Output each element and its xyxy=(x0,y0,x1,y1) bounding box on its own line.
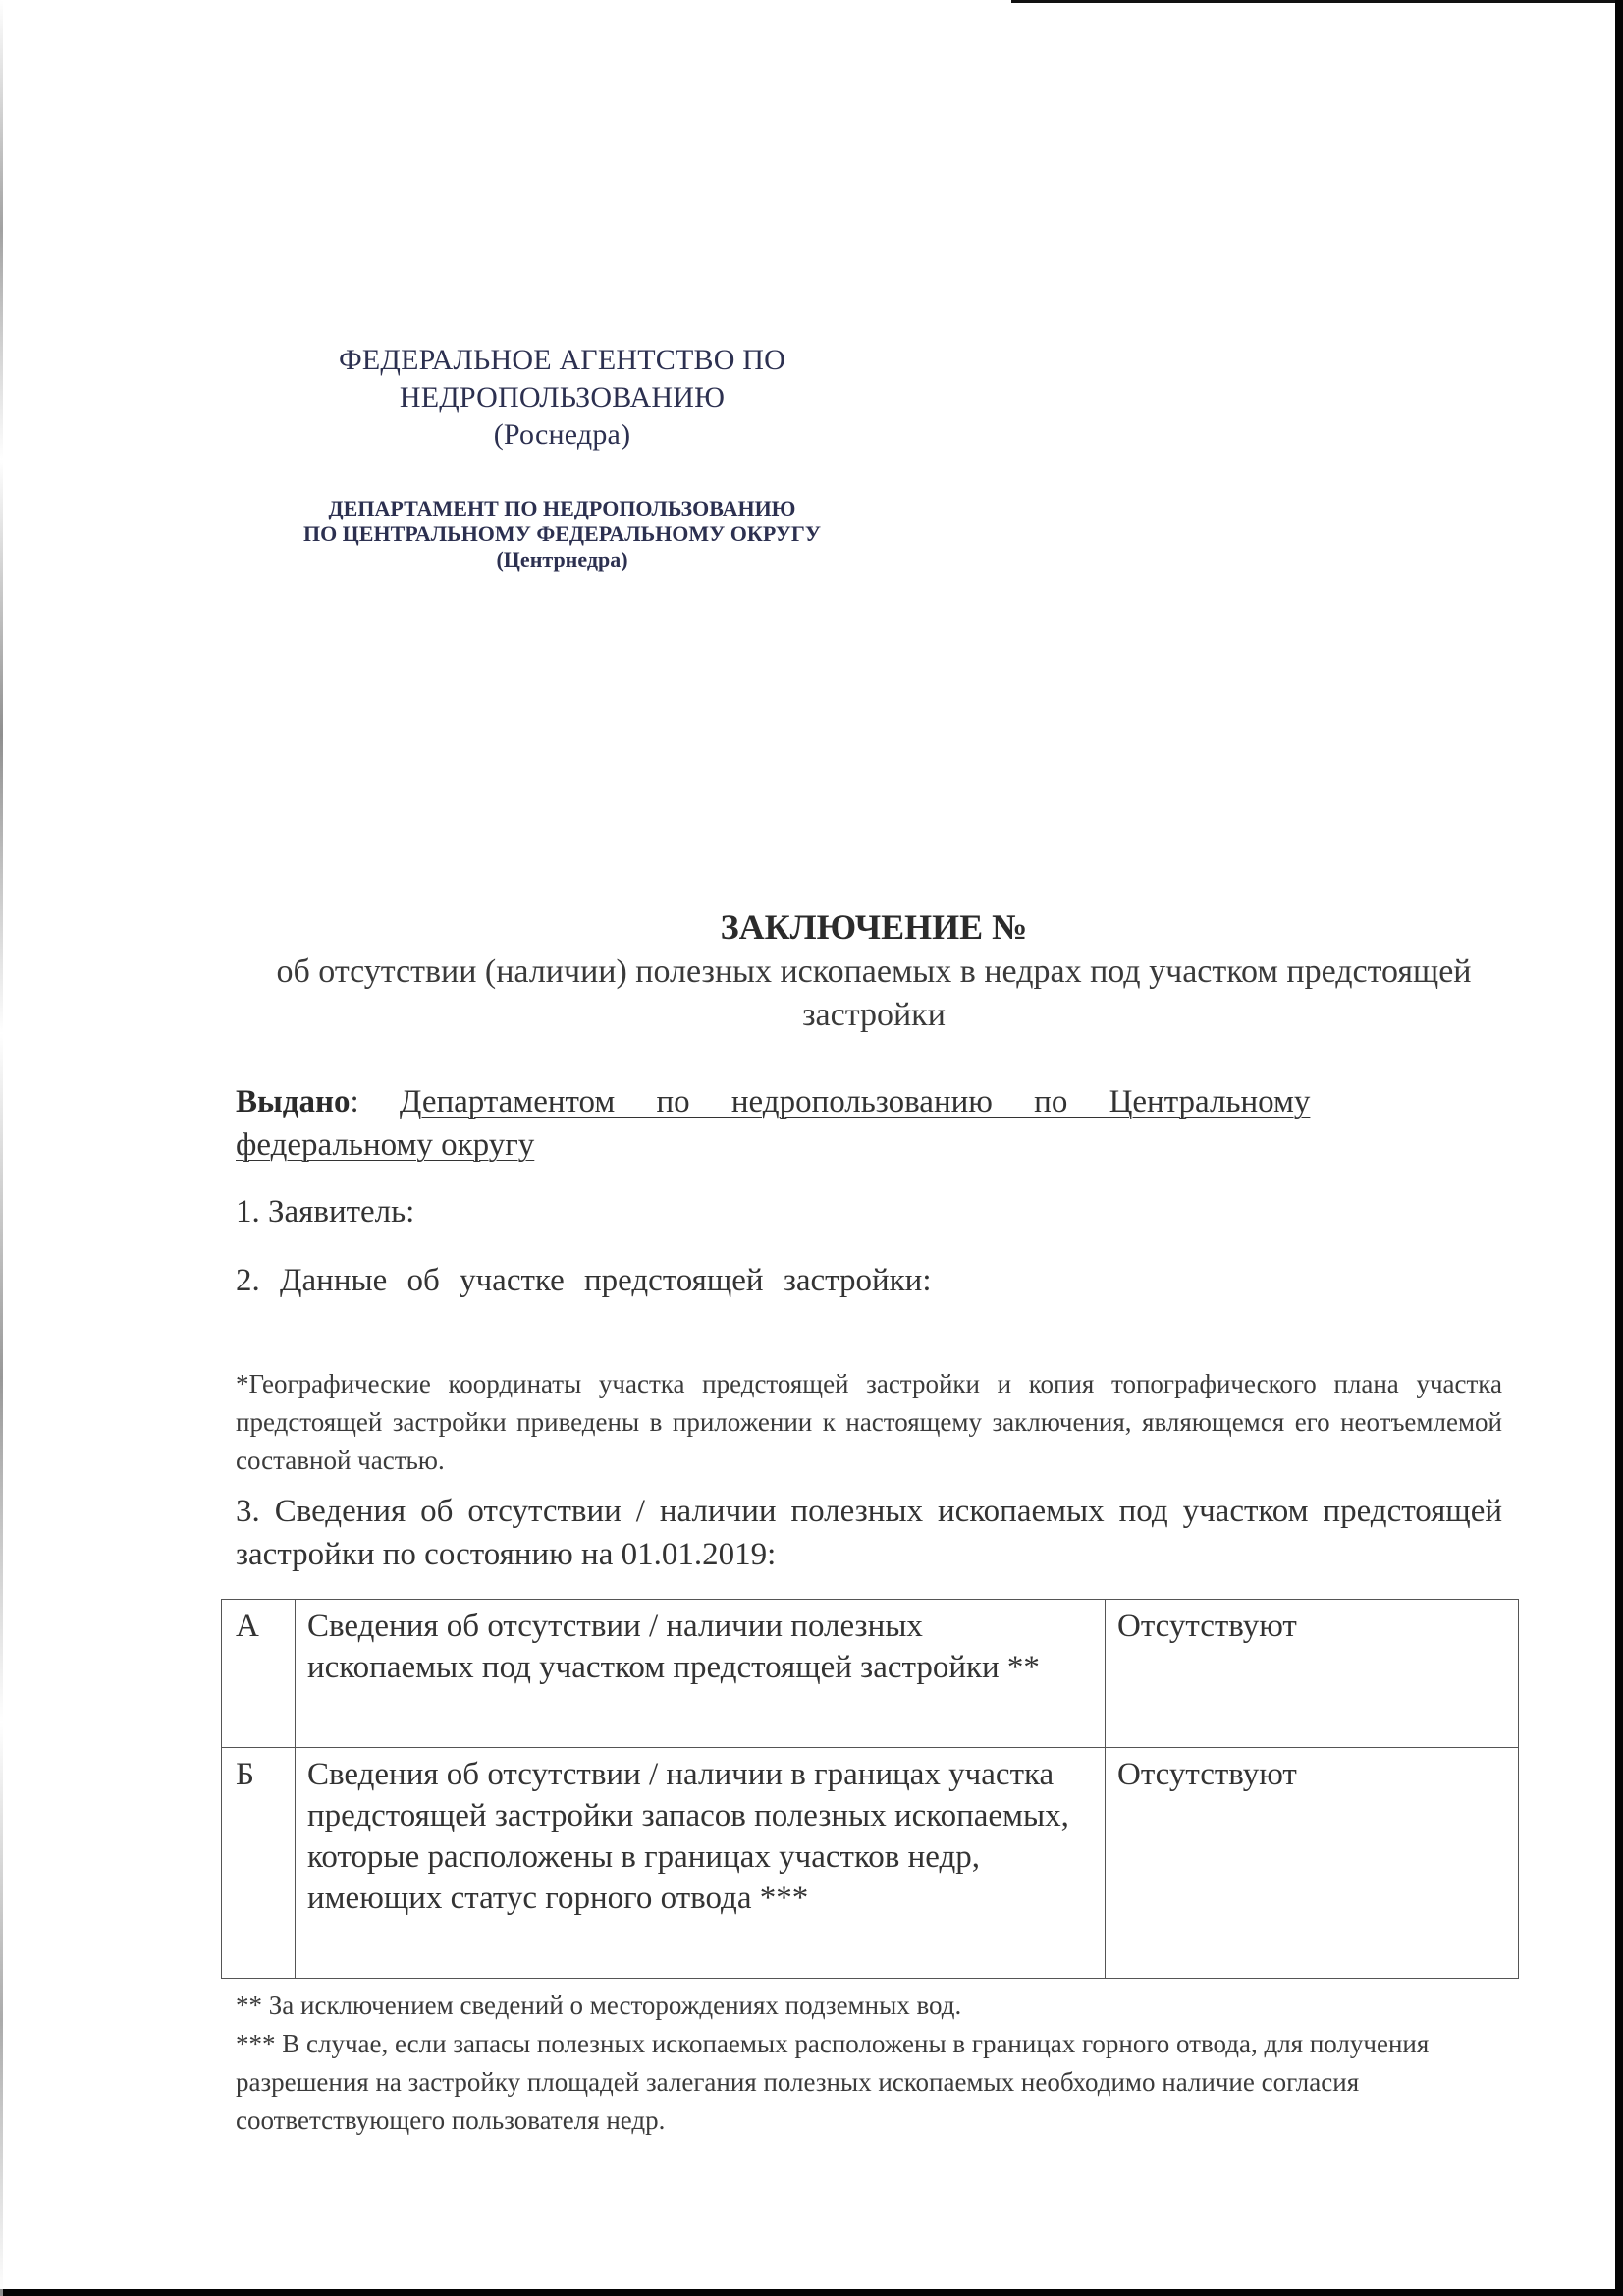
issued-by: Выдано: Департаментом по недропользовани… xyxy=(236,1080,1502,1167)
section-applicant: 1. Заявитель: xyxy=(236,1190,1502,1233)
scan-edge-artifact-top xyxy=(1011,0,1623,3)
agency-line: ФЕДЕРАЛЬНОЕ АГЕНТСТВО ПО xyxy=(245,342,879,379)
department-short-name: (Центрнедра) xyxy=(245,547,879,573)
scan-edge-artifact-bottom xyxy=(0,2289,1623,2296)
row-value: Отсутствуют xyxy=(1106,1600,1519,1748)
scan-edge-artifact-right xyxy=(1615,0,1623,2296)
minerals-table: А Сведения об отсутствии / наличии полез… xyxy=(221,1599,1519,1979)
issued-value-line2: федеральному округу xyxy=(236,1127,534,1163)
issued-colon: : xyxy=(350,1084,358,1120)
row-value: Отсутствуют xyxy=(1106,1748,1519,1979)
table-row: А Сведения об отсутствии / наличии полез… xyxy=(222,1600,1519,1748)
title-subtitle-text: об отсутствии (наличии) полезных ископае… xyxy=(276,954,1471,1033)
agency-short-name: (Роснедра) xyxy=(245,416,879,454)
footnotes: ** За исключением сведений о месторожден… xyxy=(236,1987,1512,2140)
department-line: ПО ЦЕНТРАЛЬНОМУ ФЕДЕРАЛЬНОМУ ОКРУГУ xyxy=(245,521,879,547)
agency-name: ФЕДЕРАЛЬНОЕ АГЕНТСТВО ПО НЕДРОПОЛЬЗОВАНИ… xyxy=(245,342,879,454)
department-line: ДЕПАРТАМЕНТ ПО НЕДРОПОЛЬЗОВАНИЮ xyxy=(245,496,879,521)
section-minerals-info: 3. Сведения об отсутствии / наличии поле… xyxy=(236,1490,1502,1576)
section-site-data: 2. Данные об участке предстоящей застрой… xyxy=(236,1259,1502,1302)
title-subtitle: об отсутствии (наличии) полезных ископае… xyxy=(226,951,1522,1037)
row-description: Сведения об отсутствии / наличии полезны… xyxy=(296,1600,1106,1748)
footnote: ** За исключением сведений о месторожден… xyxy=(236,1987,1512,2025)
title-main: ЗАКЛЮЧЕНИЕ № xyxy=(226,905,1522,949)
scan-edge-artifact-left xyxy=(0,0,3,2296)
row-code: Б xyxy=(222,1748,296,1979)
row-code: А xyxy=(222,1600,296,1748)
coordinates-note: *Географические координаты участка предс… xyxy=(236,1365,1502,1480)
issued-value-line1: Департаментом по недропользованию по Цен… xyxy=(400,1084,1311,1120)
agency-line: НЕДРОПОЛЬЗОВАНИЮ xyxy=(245,379,879,416)
issued-label: Выдано xyxy=(236,1084,350,1120)
department-name: ДЕПАРТАМЕНТ ПО НЕДРОПОЛЬЗОВАНИЮ ПО ЦЕНТР… xyxy=(245,496,879,573)
footnote: *** В случае, если запасы полезных ископ… xyxy=(236,2025,1512,2140)
table-row: Б Сведения об отсутствии / наличии в гра… xyxy=(222,1748,1519,1979)
document-title: ЗАКЛЮЧЕНИЕ № об отсутствии (наличии) пол… xyxy=(226,905,1522,1037)
row-description: Сведения об отсутствии / наличии в грани… xyxy=(296,1748,1106,1979)
